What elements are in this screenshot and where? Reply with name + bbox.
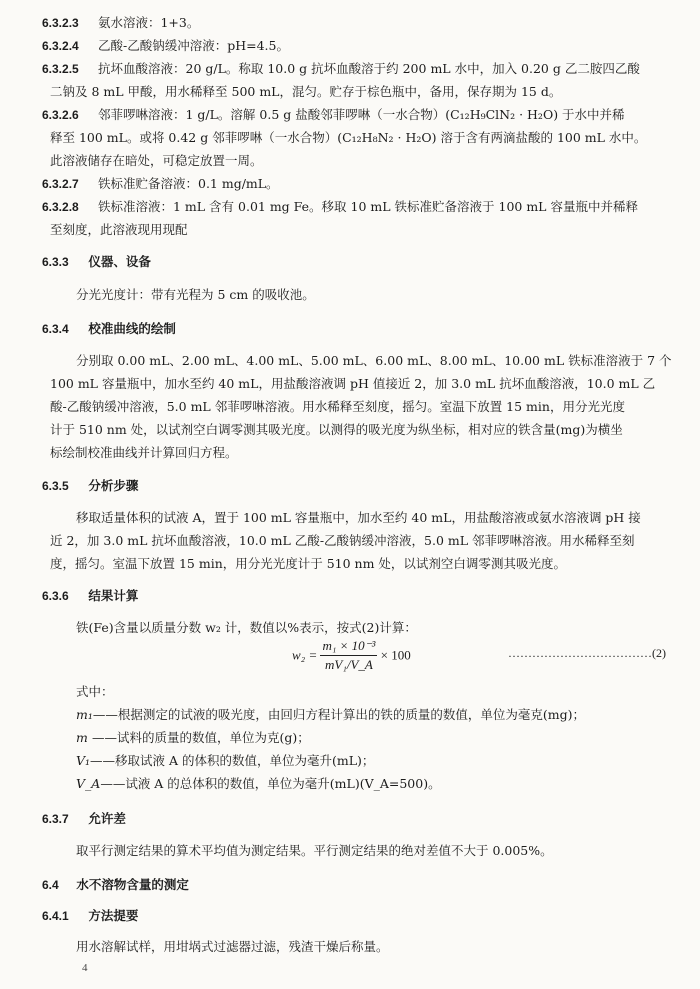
paragraph-line: 酸-乙酸钠缓冲溶液，5.0 mL 邻菲啰啉溶液。用水稀释至刻度，摇匀。室温下放置… [50,398,625,416]
paragraph-line: 移取适量体积的试液 A，置于 100 mL 容量瓶中，加水至约 40 mL，用盐… [76,509,641,527]
formula-denominator: mV₁/V_A [320,656,377,673]
section-text-line: 邻菲啰啉溶液：1 g/L。溶解 0.5 g 盐酸邻菲啰啉（一水合物）(C₁₂H₉… [98,107,625,122]
section-6-3-2-6-cont: 释至 100 mL。或将 0.42 g 邻菲啰啉（一水合物）(C₁₂H₈N₂ ·… [50,129,646,147]
section-text-line: 铁标准溶液：1 mL 含有 0.01 mg Fe。移取 10 mL 铁标准贮备溶… [98,199,638,214]
section-6-3-2-5-cont: 二钠及 8 mL 甲酸，用水稀释至 500 mL，混匀。贮存于棕色瓶中，备用，保… [50,83,561,101]
formula-lhs: w₂ = [292,648,317,663]
section-title: 结果计算 [88,588,138,603]
definition-text: ——试液 A 的总体积的数值，单位为毫升(mL)(V_A=500)。 [100,776,440,791]
symbol: m [76,729,92,747]
heading-6-3-5: 6.3.5 分析步骤 [42,477,138,495]
section-title: 校准曲线的绘制 [88,321,176,336]
paragraph-line: 100 mL 容量瓶中，加水至约 40 mL，用盐酸溶液调 pH 值接近 2，加… [50,375,655,393]
symbol: V_A [76,776,100,791]
formula-2: w₂ = m₁ × 10⁻³ mV₁/V_A × 100 [292,638,411,673]
section-number: 6.3.4 [42,320,84,338]
section-text: 氨水溶液：1+3。 [98,15,199,30]
heading-6-3-4: 6.3.4 校准曲线的绘制 [42,320,176,338]
section-number: 6.3.7 [42,810,84,828]
section-6-3-2-8: 6.3.2.8 铁标准溶液：1 mL 含有 0.01 mg Fe。移取 10 m… [42,198,638,216]
document-page: 6.3.2.3 氨水溶液：1+3。 6.3.2.4 乙酸-乙酸钠缓冲溶液：pH=… [0,0,700,989]
paragraph: 取平行测定结果的算术平均值为测定结果。平行测定结果的绝对差值不大于 0.005%… [76,842,553,860]
definition-m: m——试料的质量的数值，单位为克(g)； [76,729,310,747]
symbol: V₁ [76,753,90,768]
paragraph: 用水溶解试样，用坩埚式过滤器过滤，残渣干燥后称量。 [76,938,389,956]
section-title: 仪器、设备 [88,254,151,269]
section-6-3-2-6: 6.3.2.6 邻菲啰啉溶液：1 g/L。溶解 0.5 g 盐酸邻菲啰啉（一水合… [42,106,625,124]
paragraph-line: 计于 510 nm 处，以试剂空白调零测其吸光度。以测得的吸光度为纵坐标，相对应… [50,421,623,439]
heading-6-3-3: 6.3.3 仪器、设备 [42,253,151,271]
heading-6-3-6: 6.3.6 结果计算 [42,587,138,605]
definition-text: ——根据测定的试液的吸光度，由回归方程计算出的铁的质量的数值，单位为毫克(mg)… [93,707,585,722]
definition-text: ——移取试液 A 的体积的数值，单位为毫升(mL)； [90,753,374,768]
paragraph-line: 度，摇匀。室温下放置 15 min，用分光光度计于 510 nm 处，以试剂空白… [50,555,566,573]
section-text: 乙酸-乙酸钠缓冲溶液：pH=4.5。 [98,38,289,53]
section-6-3-2-5: 6.3.2.5 抗坏血酸溶液：20 g/L。称取 10.0 g 抗坏血酸溶于约 … [42,60,640,78]
section-title: 方法提要 [88,908,138,923]
section-6-3-2-7: 6.3.2.7 铁标准贮备溶液：0.1 mg/mL。 [42,175,279,193]
definition-v1: V₁——移取试液 A 的体积的数值，单位为毫升(mL)； [76,752,374,770]
section-title: 水不溶物含量的测定 [76,877,189,892]
section-6-3-2-4: 6.3.2.4 乙酸-乙酸钠缓冲溶液：pH=4.5。 [42,37,289,55]
page-number: 4 [82,962,88,974]
section-number: 6.3.2.3 [42,14,94,32]
paragraph-line: 近 2，加 3.0 mL 抗坏血酸溶液，10.0 mL 乙酸-乙酸钠缓冲溶液，5… [50,532,635,550]
section-number: 6.4 [42,876,72,894]
where-label: 式中： [76,683,114,701]
section-number: 6.3.2.6 [42,106,94,124]
formula-fraction: m₁ × 10⁻³ mV₁/V_A [320,638,377,673]
section-number: 6.3.6 [42,587,84,605]
definition-va: V_A——试液 A 的总体积的数值，单位为毫升(mL)(V_A=500)。 [76,775,441,793]
symbol: m₁ [76,707,93,722]
section-title: 允许差 [88,811,126,826]
equation-number: ………………………………(2) [508,646,666,661]
section-6-3-2-6-cont: 此溶液储存在暗处，可稳定放置一周。 [50,152,263,170]
section-number: 6.3.2.5 [42,60,94,78]
section-6-3-2-3: 6.3.2.3 氨水溶液：1+3。 [42,14,199,32]
formula-numerator: m₁ × 10⁻³ [320,638,377,656]
section-text-line: 抗坏血酸溶液：20 g/L。称取 10.0 g 抗坏血酸溶于约 200 mL 水… [98,61,640,76]
section-number: 6.3.5 [42,477,84,495]
formula-tail: × 100 [381,648,411,663]
section-text: 铁标准贮备溶液：0.1 mg/mL。 [98,176,279,191]
heading-6-3-7: 6.3.7 允许差 [42,810,126,828]
section-number: 6.3.2.7 [42,175,94,193]
paragraph-line: 分别取 0.00 mL、2.00 mL、4.00 mL、5.00 mL、6.00… [76,352,672,370]
section-number: 6.3.2.4 [42,37,94,55]
paragraph: 分光光度计：带有光程为 5 cm 的吸收池。 [76,286,315,304]
definition-text: ——试料的质量的数值，单位为克(g)； [92,730,310,745]
section-number: 6.4.1 [42,907,84,925]
section-number: 6.3.2.8 [42,198,94,216]
section-6-3-2-8-cont: 至刻度，此溶液现用现配 [50,221,188,239]
section-number: 6.3.3 [42,253,84,271]
section-title: 分析步骤 [88,478,138,493]
heading-6-4: 6.4 水不溶物含量的测定 [42,876,189,894]
heading-6-4-1: 6.4.1 方法提要 [42,907,138,925]
paragraph: 铁(Fe)含量以质量分数 w₂ 计，数值以%表示，按式(2)计算： [76,619,417,637]
definition-m1: m₁——根据测定的试液的吸光度，由回归方程计算出的铁的质量的数值，单位为毫克(m… [76,706,585,724]
paragraph-line: 标绘制校准曲线并计算回归方程。 [50,444,238,462]
